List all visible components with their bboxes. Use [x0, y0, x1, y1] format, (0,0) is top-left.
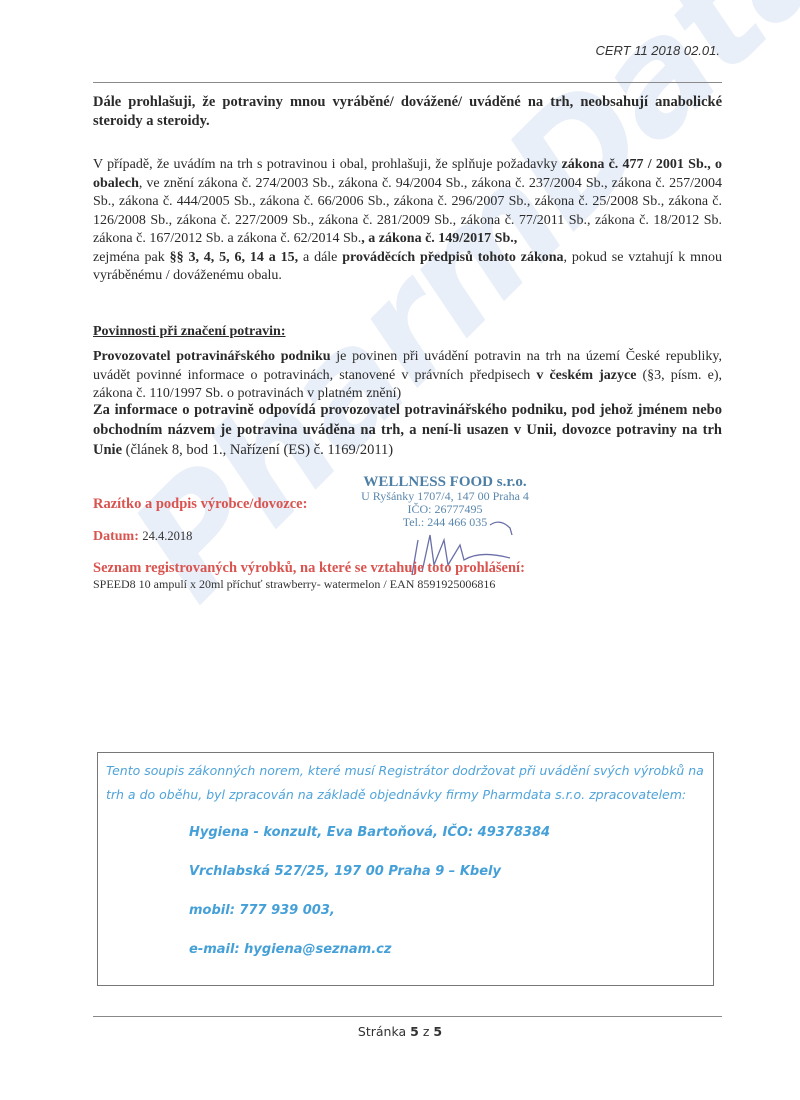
- labeling-obligation: Provozovatel potravinářského podniku je …: [93, 348, 722, 404]
- steroid-declaration: Dále prohlašuji, že potraviny mnou vyráb…: [93, 93, 722, 131]
- processor-info-box: Tento soupis zákonných norem, které musí…: [97, 752, 714, 986]
- product-item: SPEED8 10 ampulí x 20ml příchuť strawber…: [93, 577, 495, 592]
- responsibility-statement: Za informace o potravině odpovídá provoz…: [93, 400, 722, 460]
- page-number: Stránka 5 z 5: [0, 1024, 800, 1039]
- date-label: Datum:: [93, 529, 139, 544]
- processor-mobile: mobil: 777 939 003,: [189, 903, 705, 918]
- processor-name: Hygiena - konzult, Eva Bartoňová, IČO: 4…: [189, 825, 705, 840]
- header-divider: [93, 82, 722, 83]
- date-row: Datum: 24.4.2018: [93, 529, 192, 545]
- stamp-company: WELLNESS FOOD s.r.o.: [350, 474, 540, 490]
- stamp-signature-label: Razítko a podpis výrobce/dovozce:: [93, 496, 307, 513]
- products-list-label: Seznam registrovaných výrobků, na které …: [93, 560, 525, 577]
- packaging-declaration: V případě, že uvádím na trh s potravinou…: [93, 156, 722, 286]
- certificate-code: CERT 11 2018 02.01.: [595, 43, 720, 58]
- processor-address: Vrchlabská 527/25, 197 00 Praha 9 – Kbel…: [189, 864, 705, 879]
- info-intro: Tento soupis zákonných norem, které musí…: [106, 759, 705, 807]
- footer-divider: [93, 1016, 722, 1017]
- date-value: 24.4.2018: [142, 529, 192, 543]
- labeling-heading: Povinnosti při značení potravin:: [93, 324, 286, 340]
- processor-email[interactable]: e-mail: hygiena@seznam.cz: [189, 942, 705, 957]
